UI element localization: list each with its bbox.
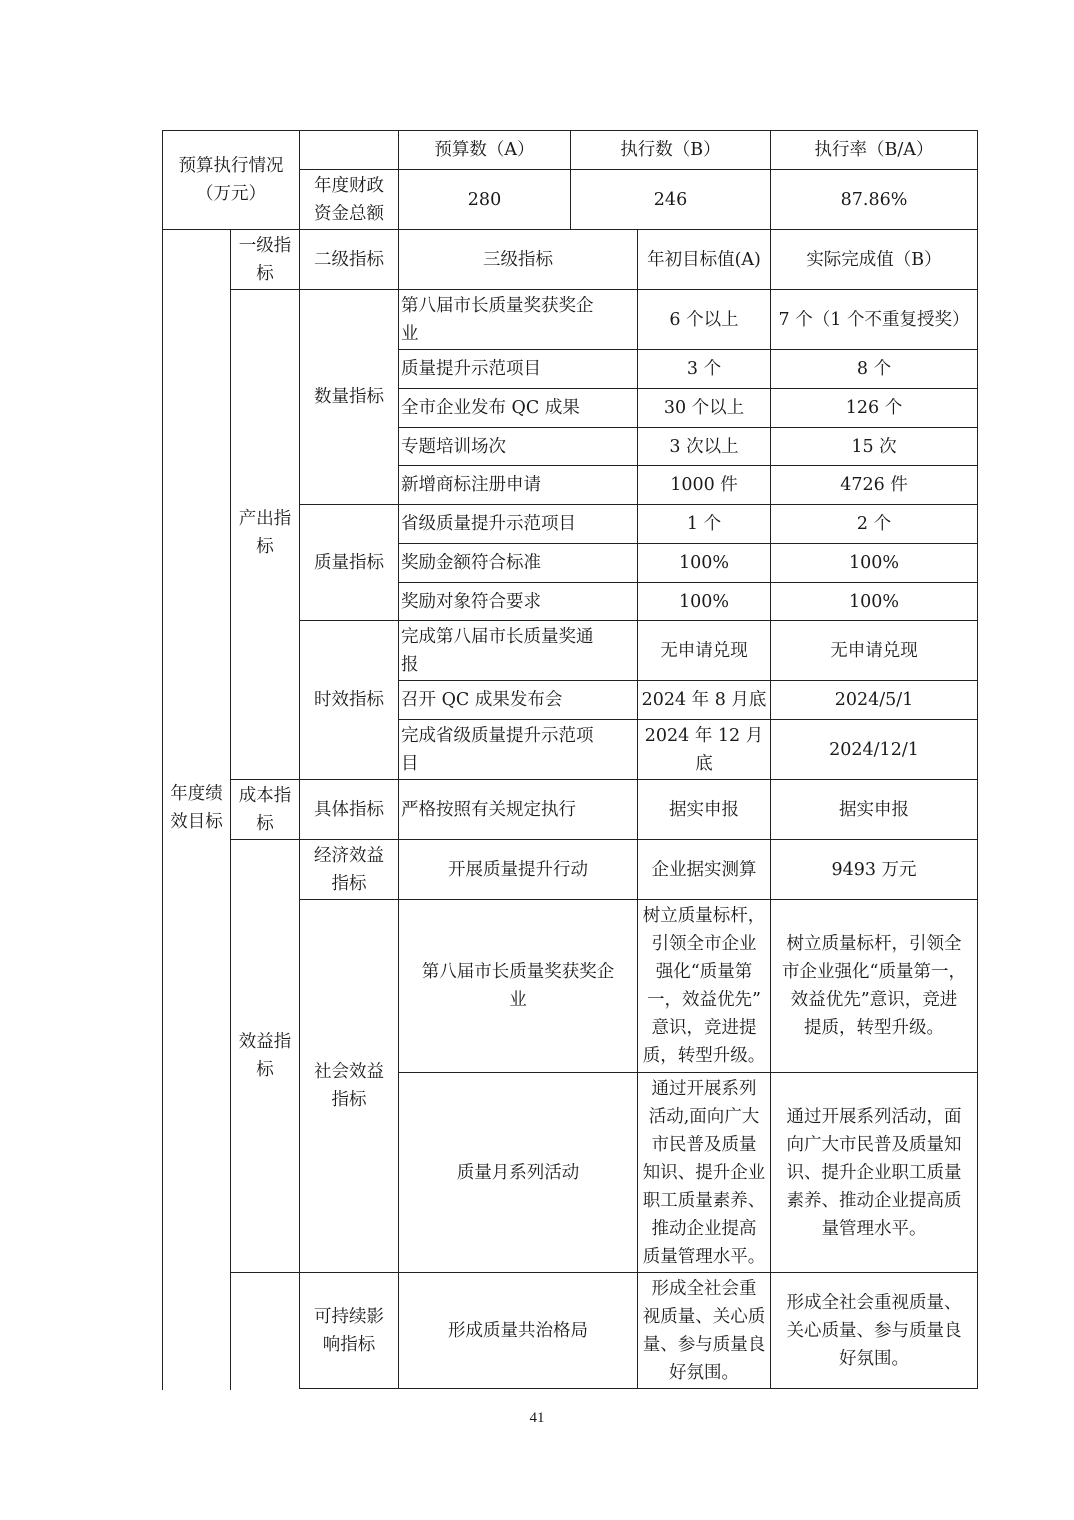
actual-line: 向广大市民普及质量知 bbox=[787, 1131, 962, 1159]
target-cell: 1000 件 bbox=[638, 466, 770, 504]
budget-label-line: （万元） bbox=[179, 180, 284, 208]
indicator-line: 第八届市长质量奖获奖企 bbox=[401, 292, 594, 320]
indicator-cell: 新增商标注册申请 bbox=[399, 466, 637, 504]
actual-cell: 形成全社会重视质量、 关心质量、参与质量良 好氛围。 bbox=[771, 1273, 977, 1388]
header-rate: 执行率（B/A） bbox=[771, 131, 977, 169]
level2-line: 经济效益 bbox=[314, 842, 384, 870]
level2-sustainable: 可持续影 响指标 bbox=[300, 1273, 398, 1388]
indicator-cell: 完成第八届市长质量奖通报 bbox=[399, 621, 637, 680]
indicator-line: 第八届市长质量奖获奖企 bbox=[422, 958, 615, 986]
target-line: 一，效益优先” bbox=[643, 986, 766, 1014]
target-cell: 6 个以上 bbox=[638, 290, 770, 349]
indicator-line: 完成第八届市长质量奖通 bbox=[401, 623, 594, 651]
target-line: 树立质量标杆， bbox=[643, 902, 766, 930]
target-line: 通过开展系列 bbox=[643, 1075, 766, 1103]
level1-line: 标 bbox=[239, 1056, 292, 1084]
actual-cell: 7 个（1 个不重复授奖） bbox=[771, 290, 977, 349]
level1-line: 产出指 bbox=[239, 505, 292, 533]
target-cell: 3 次以上 bbox=[638, 428, 770, 465]
goals-label-line: 效目标 bbox=[170, 808, 223, 836]
target-cell: 2024 年 12 月底 bbox=[638, 720, 770, 779]
actual-cell: 4726 件 bbox=[771, 466, 977, 504]
header-line: 一级指 bbox=[239, 232, 292, 260]
target-cell: 100% bbox=[638, 544, 770, 582]
actual-cell: 2024/12/1 bbox=[771, 720, 977, 779]
target-line: 量、参与质量良 bbox=[643, 1331, 766, 1359]
target-line: 活动,面向广大 bbox=[643, 1103, 766, 1131]
target-cell: 3 个 bbox=[638, 350, 770, 388]
target-line: 市民普及质量 bbox=[643, 1131, 766, 1159]
actual-line: 通过开展系列活动，面 bbox=[787, 1103, 962, 1131]
level1-line: 标 bbox=[239, 810, 292, 838]
level2-quantity: 数量指标 bbox=[300, 290, 398, 504]
goals-label: 年度绩 效目标 bbox=[163, 230, 230, 1390]
actual-cell: 8 个 bbox=[771, 350, 977, 388]
target-cell: 据实申报 bbox=[638, 780, 770, 839]
indicator-cell: 专题培训场次 bbox=[399, 428, 637, 465]
header-actual: 实际完成值（B） bbox=[771, 230, 977, 289]
level2-line: 响指标 bbox=[314, 1331, 384, 1359]
header-target: 年初目标值(A) bbox=[638, 230, 770, 289]
executed-value: 246 bbox=[571, 170, 770, 229]
target-line: 视质量、关心质 bbox=[643, 1303, 766, 1331]
actual-cell: 无申请兑现 bbox=[771, 621, 977, 680]
target-cell: 无申请兑现 bbox=[638, 621, 770, 680]
indicator-line: 业 bbox=[401, 320, 594, 348]
indicator-cell: 第八届市长质量奖获奖企业 bbox=[399, 900, 637, 1072]
target-cell: 企业据实测算 bbox=[638, 840, 770, 899]
actual-line: 素养、推动企业提高质 bbox=[787, 1187, 962, 1215]
actual-line: 量管理水平。 bbox=[787, 1215, 962, 1243]
indicator-cell: 第八届市长质量奖获奖企业 bbox=[399, 290, 637, 349]
actual-line: 关心质量、参与质量良 bbox=[787, 1317, 962, 1345]
indicator-cell: 质量提升示范项目 bbox=[399, 350, 637, 388]
actual-line: 效益优先”意识，竞进 bbox=[782, 986, 966, 1014]
actual-cell: 据实申报 bbox=[771, 780, 977, 839]
level2-line: 可持续影 bbox=[314, 1303, 384, 1331]
header-level2: 二级指标 bbox=[300, 230, 398, 289]
budget-label-line: 预算执行情况 bbox=[179, 152, 284, 180]
level2-line: 社会效益 bbox=[314, 1058, 384, 1086]
indicator-cell: 形成质量共治格局 bbox=[399, 1273, 637, 1388]
funds-total-label: 年度财政 资金总额 bbox=[300, 170, 398, 229]
target-line: 推动企业提高 bbox=[643, 1215, 766, 1243]
actual-cell: 126 个 bbox=[771, 389, 977, 427]
indicator-cell: 质量月系列活动 bbox=[399, 1073, 637, 1272]
actual-cell: 9493 万元 bbox=[771, 840, 977, 899]
actual-line: 识、提升企业职工质量 bbox=[787, 1159, 962, 1187]
indicator-line: 目 bbox=[401, 750, 594, 778]
level2-quality: 质量指标 bbox=[300, 505, 398, 620]
indicator-cell: 严格按照有关规定执行 bbox=[399, 780, 637, 839]
level2-timeliness: 时效指标 bbox=[300, 621, 398, 779]
indicator-line: 业 bbox=[422, 986, 615, 1014]
header-level1: 一级指 标 bbox=[231, 230, 299, 289]
goals-label-line: 年度绩 bbox=[170, 780, 223, 808]
header-budget: 预算数（A） bbox=[399, 131, 570, 169]
actual-cell: 2024/5/1 bbox=[771, 681, 977, 719]
indicator-cell: 奖励金额符合标准 bbox=[399, 544, 637, 582]
target-cell: 30 个以上 bbox=[638, 389, 770, 427]
target-line: 好氛围。 bbox=[643, 1359, 766, 1387]
target-cell: 形成全社会重 视质量、关心质 量、参与质量良 好氛围。 bbox=[638, 1273, 770, 1388]
header-level3: 三级指标 bbox=[399, 230, 637, 289]
actual-cell: 100% bbox=[771, 583, 977, 620]
page-number: 41 bbox=[0, 1410, 1074, 1427]
target-line: 引领全市企业 bbox=[643, 930, 766, 958]
rule bbox=[299, 1388, 978, 1389]
funds-label-line: 资金总额 bbox=[314, 200, 384, 228]
actual-cell: 100% bbox=[771, 544, 977, 582]
level2-line: 指标 bbox=[314, 1086, 384, 1114]
indicator-cell: 省级质量提升示范项目 bbox=[399, 505, 637, 543]
indicator-cell: 完成省级质量提升示范项目 bbox=[399, 720, 637, 779]
indicator-cell: 奖励对象符合要求 bbox=[399, 583, 637, 620]
target-line: 质，转型升级。 bbox=[643, 1042, 766, 1070]
target-line: 强化“质量第 bbox=[643, 958, 766, 986]
target-cell: 2024 年 8 月底 bbox=[638, 681, 770, 719]
level1-line: 成本指 bbox=[239, 782, 292, 810]
document-page: 预算执行情况 （万元） 预算数（A） 执行数（B） 执行率（B/A） 年度财政 … bbox=[0, 0, 1074, 1520]
indicator-cell: 全市企业发布 QC 成果 bbox=[399, 389, 637, 427]
level2-social: 社会效益 指标 bbox=[300, 900, 398, 1272]
rule bbox=[977, 130, 978, 1389]
actual-line: 树立质量标杆，引领全 bbox=[782, 930, 966, 958]
header-line: 标 bbox=[239, 260, 292, 288]
actual-cell: 通过开展系列活动，面 向广大市民普及质量知 识、提升企业职工质量 素养、推动企业… bbox=[771, 1073, 977, 1272]
target-line: 意识，竞进提 bbox=[643, 1014, 766, 1042]
actual-line: 市企业强化“质量第一， bbox=[782, 958, 966, 986]
target-cell: 树立质量标杆， 引领全市企业 强化“质量第 一，效益优先” 意识，竞进提 质，转… bbox=[638, 900, 770, 1072]
actual-line: 提质，转型升级。 bbox=[782, 1014, 966, 1042]
target-line: 知识、提升企业 bbox=[643, 1159, 766, 1187]
level1-output: 产出指 标 bbox=[231, 290, 299, 779]
target-line: 职工质量素养、 bbox=[643, 1187, 766, 1215]
target-line: 质量管理水平。 bbox=[643, 1243, 766, 1271]
level1-benefit: 效益指 标 bbox=[231, 840, 299, 1272]
level2-economic: 经济效益 指标 bbox=[300, 840, 398, 899]
target-cell: 100% bbox=[638, 583, 770, 620]
header-executed: 执行数（B） bbox=[571, 131, 770, 169]
target-cell: 通过开展系列 活动,面向广大 市民普及质量 知识、提升企业 职工质量素养、 推动… bbox=[638, 1073, 770, 1272]
indicator-cell: 召开 QC 成果发布会 bbox=[399, 681, 637, 719]
indicator-line: 完成省级质量提升示范项 bbox=[401, 722, 594, 750]
level2-line: 指标 bbox=[314, 870, 384, 898]
target-line: 形成全社会重 bbox=[643, 1275, 766, 1303]
level1-line: 效益指 bbox=[239, 1028, 292, 1056]
budget-value: 280 bbox=[399, 170, 570, 229]
indicator-cell: 开展质量提升行动 bbox=[399, 840, 637, 899]
actual-cell: 2 个 bbox=[771, 505, 977, 543]
budget-label: 预算执行情况 （万元） bbox=[163, 131, 299, 229]
actual-line: 好氛围。 bbox=[787, 1345, 962, 1373]
rate-value: 87.86% bbox=[771, 170, 977, 229]
level1-cost: 成本指 标 bbox=[231, 780, 299, 839]
actual-cell: 树立质量标杆，引领全 市企业强化“质量第一， 效益优先”意识，竞进 提质，转型升… bbox=[771, 900, 977, 1072]
actual-cell: 15 次 bbox=[771, 428, 977, 465]
level1-line: 标 bbox=[239, 533, 292, 561]
funds-label-line: 年度财政 bbox=[314, 172, 384, 200]
indicator-line: 报 bbox=[401, 651, 594, 679]
target-cell: 1 个 bbox=[638, 505, 770, 543]
level2-specific: 具体指标 bbox=[300, 780, 398, 839]
actual-line: 形成全社会重视质量、 bbox=[787, 1289, 962, 1317]
